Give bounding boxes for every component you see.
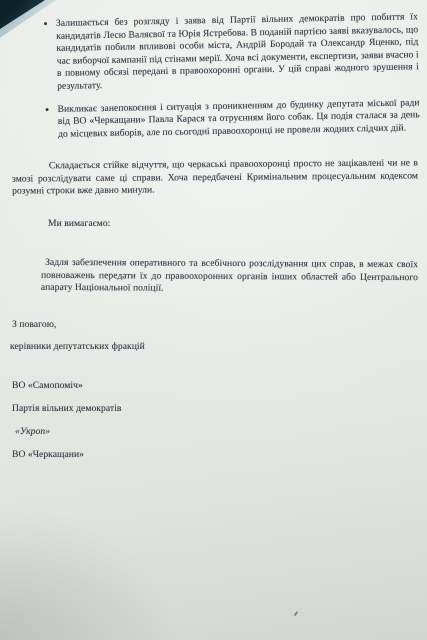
closing-salutation: З повагою, — [12, 319, 420, 332]
complaints-list: Залишається без розгляду і заява від Пар… — [9, 10, 421, 142]
party-samopomich: ВО «Самопоміч» — [12, 380, 420, 393]
letter-page: Залишається без розгляду і заява від Пар… — [0, 0, 427, 640]
signatories-label: керівники депутатських фракцій — [10, 341, 420, 354]
party-signature-list: ВО «Самопоміч» Партія вільних демократів… — [10, 380, 420, 462]
list-item-complaint-beating: Залишається без розгляду і заява від Пар… — [56, 10, 419, 93]
party-cherkashchany: ВО «Черкащани» — [12, 449, 420, 462]
paragraph-conclusion: Складається стійке відчуття, що черкаськ… — [12, 158, 418, 199]
party-ukrop: «Укроп» — [15, 426, 420, 439]
party-free-democrats: Партія вільних демократів — [12, 403, 420, 416]
demand-intro-line: Ми вимагаємо: — [10, 218, 420, 231]
paragraph-demand: Задля забезпечення оперативного та всебі… — [41, 257, 418, 297]
list-item-complaint-break-in: Викликає занепокоєння і ситуація з прони… — [57, 96, 420, 141]
document-photo: Залишається без розгляду і заява від Пар… — [0, 0, 427, 640]
